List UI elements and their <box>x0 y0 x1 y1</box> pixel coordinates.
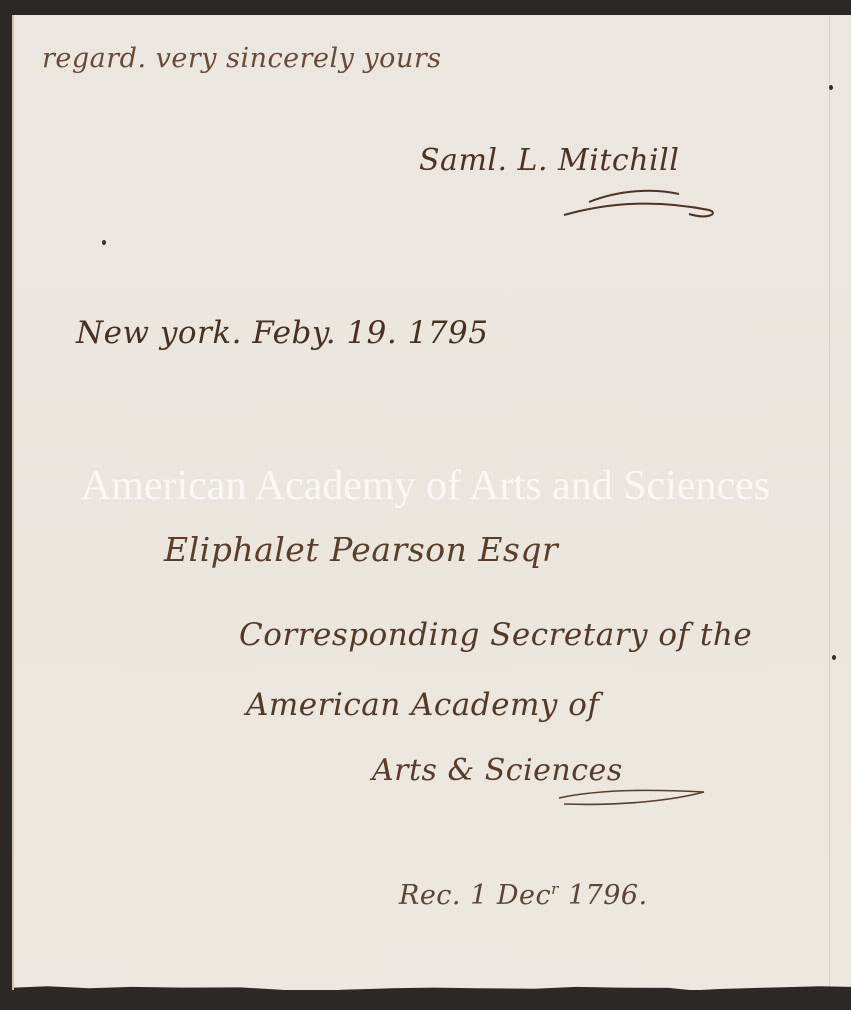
signature: Saml. L. Mitchill <box>419 143 679 178</box>
ink-spot <box>829 85 833 90</box>
watermark: American Academy of Arts and Sciences <box>0 462 851 510</box>
ink-spot <box>102 240 106 245</box>
received-note-superscript: r <box>551 880 559 898</box>
received-note: Rec. 1 Decr 1796. <box>399 880 648 911</box>
closing-line: regard. very sincerely yours <box>42 43 442 74</box>
received-note-prefix: Rec. 1 Dec <box>399 880 551 911</box>
underline-flourish-icon <box>554 780 714 810</box>
ink-spot <box>832 655 836 660</box>
signature-flourish-icon <box>559 180 724 225</box>
torn-bottom-edge <box>14 982 851 996</box>
addressee-name: Eliphalet Pearson Esqr <box>164 530 558 569</box>
dateline: New york. Feby. 19. 1795 <box>76 315 489 351</box>
received-note-year: 1796. <box>559 880 648 911</box>
addressee-title-line-1: Corresponding Secretary of the <box>239 617 752 653</box>
addressee-title-line-2: American Academy of <box>246 687 599 723</box>
